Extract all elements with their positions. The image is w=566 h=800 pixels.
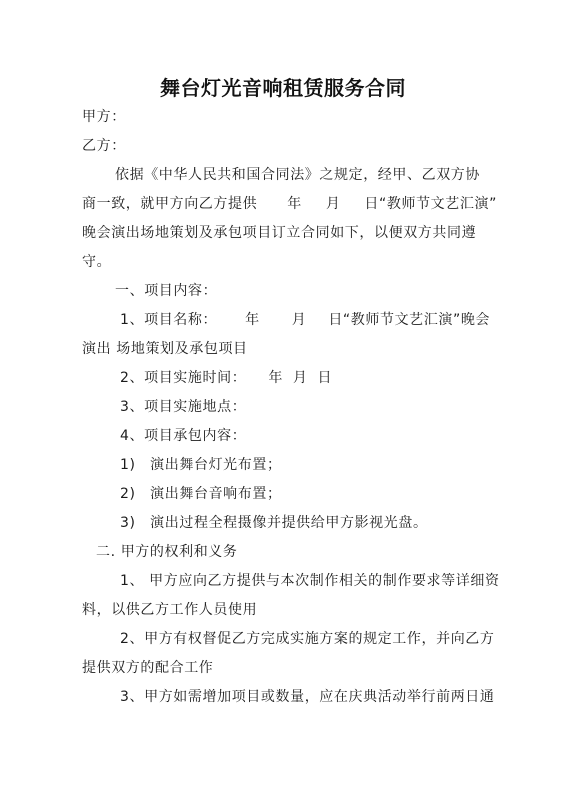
item-2-year: 年	[268, 370, 283, 386]
item-1-day-event: 日“教师节文艺汇演”晚会	[328, 312, 490, 328]
document-page: 舞台灯光音响租赁服务合同 甲方： 乙方： 依据《中华人民共和国合同法》之规定，经…	[0, 0, 566, 800]
section-1-sub-3: 3) 演出过程全程摄像并提供给甲方影视光盘。	[120, 514, 520, 532]
item-2-month: 月	[293, 370, 308, 386]
item-1-month: 月	[292, 312, 307, 328]
section-1-item-1: 1、项目名称：年月日“教师节文艺汇演”晚会	[120, 311, 520, 329]
section-1-sub-2: 2) 演出舞台音响布置；	[120, 485, 520, 503]
preamble-line-3: 晚会演出场地策划及承包项目订立合同如下，以便双方共同遵	[82, 224, 482, 242]
preamble-month: 月	[326, 196, 341, 212]
item-2-day: 日	[318, 370, 333, 386]
party-b-label: 乙方：	[82, 137, 482, 155]
preamble-day-event: 日“教师节文艺汇演”	[364, 196, 497, 212]
preamble-line-2: 商一致，就甲方向乙方提供年月日“教师节文艺汇演”	[82, 195, 482, 213]
preamble-text: 商一致，就甲方向乙方提供	[82, 196, 257, 212]
preamble-line-1: 依据《中华人民共和国合同法》之规定，经甲、乙双方协	[115, 166, 515, 184]
section-1-item-4: 4、项目承包内容：	[120, 427, 520, 445]
party-a-label: 甲方：	[82, 108, 482, 126]
section-1-item-1-cont: 演出 场地策划及承包项目	[82, 340, 482, 358]
section-1-item-3: 3、项目实施地点：	[120, 398, 520, 416]
document-title: 舞台灯光音响租赁服务合同	[0, 72, 566, 101]
section-2-item-1: 1、 甲方应向乙方提供与本次制作相关的制作要求等详细资	[120, 572, 520, 590]
section-1-item-2: 2、项目实施时间：年月日	[120, 369, 520, 387]
item-1-label: 1、项目名称：	[120, 312, 217, 328]
section-2-item-3: 3、甲方如需增加项目或数量，应在庆典活动举行前两日通	[120, 688, 520, 706]
section-1-sub-1: 1) 演出舞台灯光布置；	[120, 456, 520, 474]
preamble-line-4: 守。	[82, 253, 482, 271]
preamble-year: 年	[287, 196, 302, 212]
section-2-heading: 二. 甲方的权利和义务	[96, 543, 496, 561]
item-2-label: 2、项目实施时间：	[120, 370, 246, 386]
item-1-year: 年	[245, 312, 260, 328]
section-2-item-2: 2、甲方有权督促乙方完成实施方案的规定工作，并向乙方	[120, 630, 520, 648]
section-2-item-2-cont: 提供双方的配合工作	[82, 659, 482, 677]
section-2-item-1-cont: 料，以供乙方工作人员使用	[82, 601, 482, 619]
section-1-heading: 一、项目内容：	[115, 282, 515, 300]
